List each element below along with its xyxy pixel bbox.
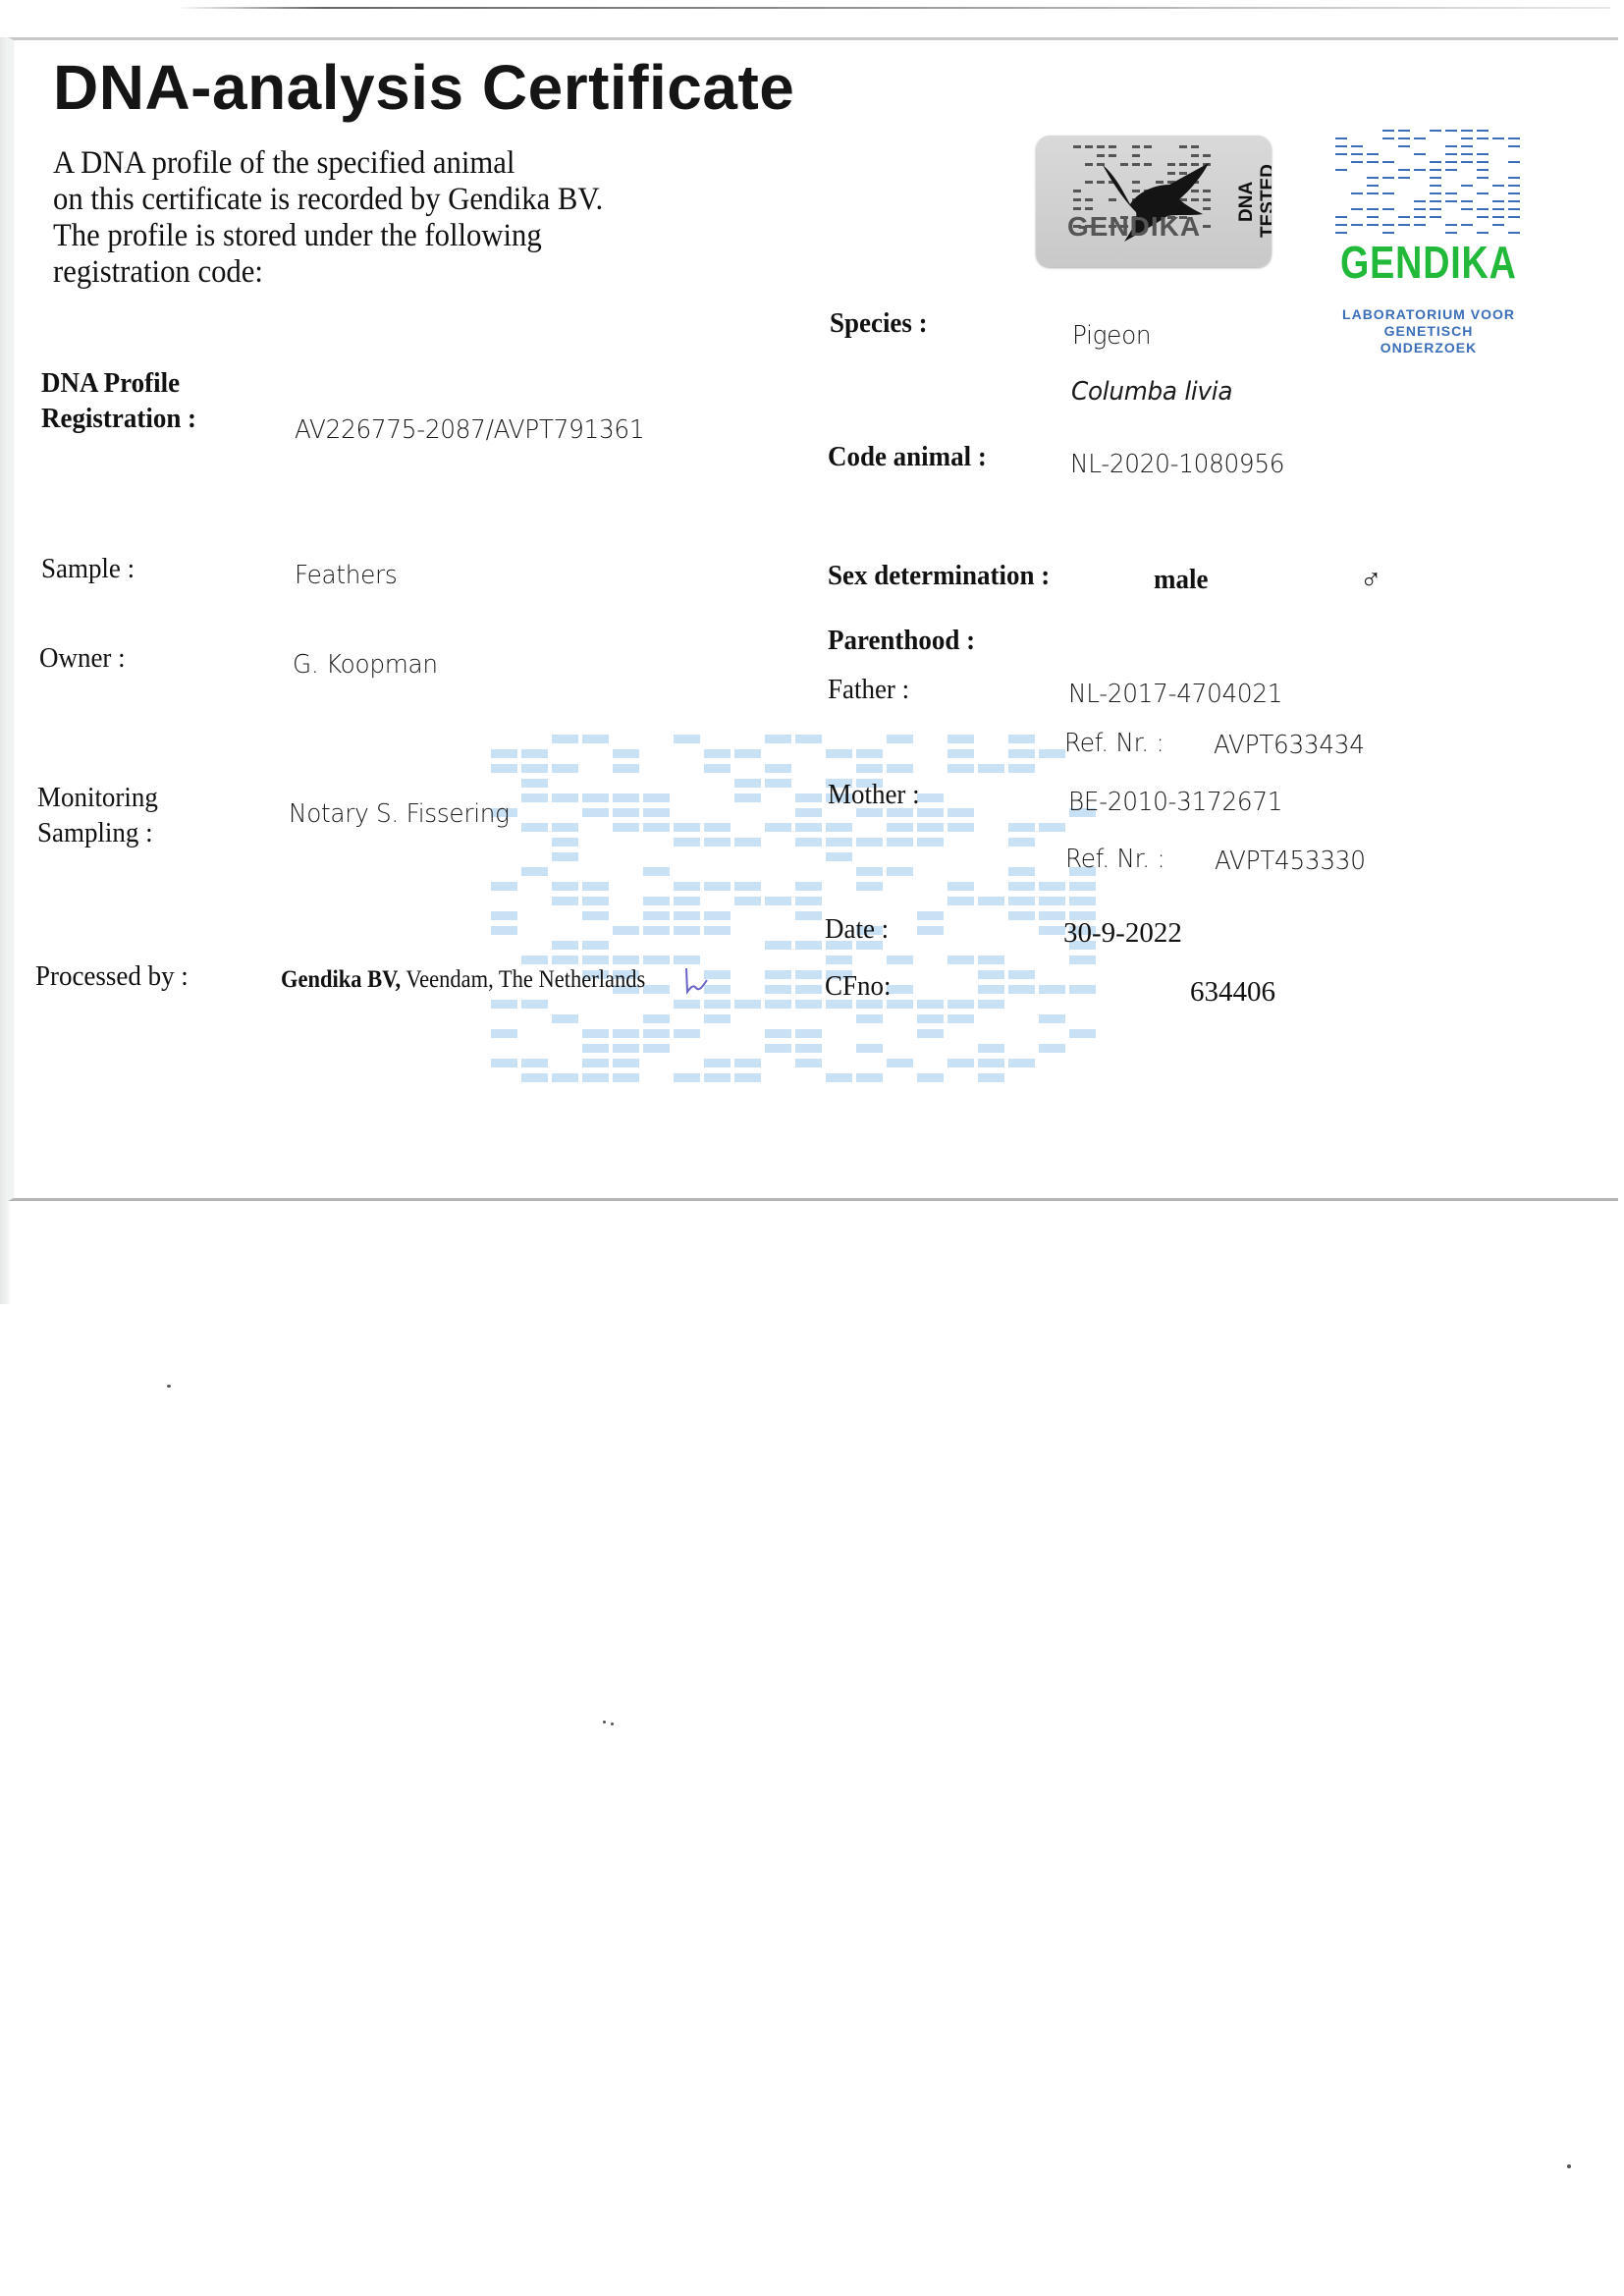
- gendika-logo-name: GENDIKA: [1340, 236, 1517, 289]
- intro-line: A DNA profile of the specified animal: [53, 145, 674, 182]
- scan-speck: [611, 1722, 614, 1725]
- parenthood-label: Parenthood :: [828, 625, 975, 657]
- father-ref-value: AVPT633434: [1214, 731, 1365, 760]
- registration-label-line2: Registration :: [41, 403, 196, 435]
- intro-line: registration code:: [53, 254, 674, 291]
- species-latin-name: Columba livia: [1071, 377, 1232, 407]
- male-symbol-icon: ♂: [1360, 564, 1382, 597]
- scan-speck: [167, 1385, 171, 1388]
- logo-subtitle-line: GENETISCH ONDERZOEK: [1337, 323, 1520, 356]
- mother-label: Mother :: [828, 779, 920, 811]
- father-value: NL-2017-4704021: [1068, 680, 1282, 709]
- sticker-brand-text: GENDIKA: [1067, 211, 1201, 243]
- sample-label: Sample :: [41, 553, 135, 585]
- owner-label: Owner :: [39, 642, 126, 675]
- processed-by-location: Veendam, The Netherlands: [401, 966, 645, 993]
- monitoring-value: Notary S. Fissering: [289, 799, 510, 829]
- sex-value: male: [1154, 564, 1208, 596]
- monitoring-label-line1: Monitoring: [37, 782, 158, 814]
- certificate-title: DNA-analysis Certificate: [53, 51, 794, 124]
- date-label: Date :: [825, 913, 889, 946]
- registration-value: AV226775-2087/AVPT791361: [295, 415, 644, 445]
- owner-value: G. Koopman: [293, 650, 438, 680]
- dna-barcode-watermark: [491, 735, 1100, 1088]
- intro-line: on this certificate is recorded by Gendi…: [53, 182, 674, 218]
- cfno-label: CFno:: [825, 970, 891, 1003]
- logo-subtitle-line: LABORATORIUM VOOR: [1337, 306, 1520, 323]
- dna-tested-sticker: GENDIKA DNA TESTED: [1036, 136, 1272, 267]
- scan-edge-line: [177, 7, 1610, 9]
- processed-by-value: Gendika BV, Veendam, The Netherlands: [281, 966, 645, 994]
- gendika-logo-subtitle: LABORATORIUM VOOR GENETISCH ONDERZOEK: [1337, 306, 1520, 356]
- father-label: Father :: [828, 674, 909, 706]
- father-ref-label: Ref. Nr. :: [1064, 729, 1164, 758]
- code-animal-label: Code animal :: [828, 441, 987, 473]
- species-label: Species :: [830, 307, 928, 340]
- sticker-dna-tested-text: DNA TESTED: [1236, 145, 1262, 257]
- sample-value: Feathers: [295, 561, 397, 590]
- cfno-value: 634406: [1190, 976, 1275, 1009]
- mother-ref-value: AVPT453330: [1215, 847, 1366, 876]
- gendika-logo-icon: [1335, 130, 1522, 238]
- scan-speck: [1567, 2164, 1571, 2168]
- species-common-name: Pigeon: [1072, 321, 1151, 351]
- certificate-intro: A DNA profile of the specified animal on…: [53, 145, 674, 291]
- scan-speck: [603, 1721, 606, 1723]
- mother-value: BE-2010-3172671: [1068, 788, 1282, 817]
- registration-label-line1: DNA Profile: [41, 367, 180, 400]
- processed-by-company: Gendika BV,: [281, 966, 401, 993]
- processed-by-label: Processed by :: [35, 960, 189, 993]
- monitoring-label-line2: Sampling :: [37, 817, 153, 849]
- code-animal-value: NL-2020-1080956: [1070, 450, 1284, 479]
- sex-label: Sex determination :: [828, 560, 1050, 592]
- mother-ref-label: Ref. Nr. :: [1065, 845, 1164, 874]
- intro-line: The profile is stored under the followin…: [53, 218, 674, 254]
- signature-mark-icon: [684, 966, 710, 996]
- date-value: 30-9-2022: [1063, 917, 1182, 950]
